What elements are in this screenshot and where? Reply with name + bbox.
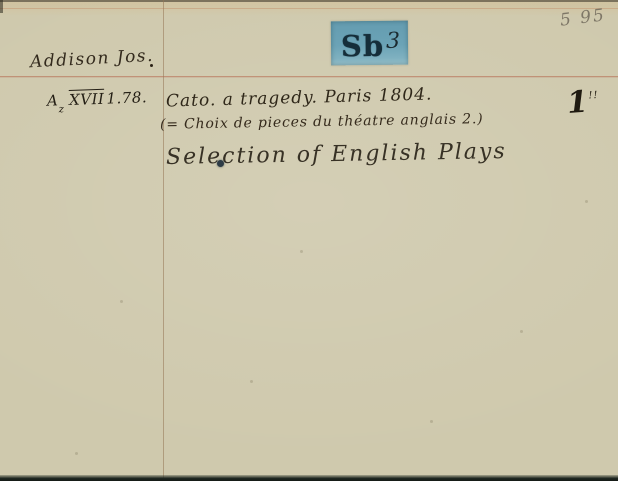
paper-speck <box>75 452 78 455</box>
shelfmark-roman: XVII <box>69 90 105 109</box>
copy-count-digit: 1 <box>566 85 589 121</box>
card-bottom-edge <box>0 475 618 481</box>
label-printed-code: Sb <box>341 32 385 61</box>
label-handwritten-number: 3 <box>386 31 400 53</box>
top-left-edge-shadow <box>0 0 3 13</box>
paper-speck <box>585 200 588 203</box>
shelfmark-prefix: A <box>47 91 59 109</box>
vertical-rule <box>163 0 164 481</box>
ink-dot <box>150 64 153 67</box>
author-heading: Addison Jos. <box>30 46 155 72</box>
paper-speck <box>250 380 253 383</box>
top-crease-line <box>0 8 618 9</box>
series-line: (= Choix de pieces du théatre anglais 2.… <box>160 111 484 133</box>
paper-speck <box>520 330 523 333</box>
paper-speck <box>430 420 433 423</box>
ink-blot <box>217 160 224 167</box>
paper-speck <box>120 300 123 303</box>
card-top-edge <box>0 0 618 2</box>
shelfmark-number: 1.78. <box>106 88 147 107</box>
shelfmark: AzXVII1.78. <box>47 88 148 112</box>
copy-count-mark: 1!! <box>566 84 599 121</box>
copy-count-superscript: !! <box>588 90 599 102</box>
horizontal-rule <box>0 76 618 77</box>
title-line: Cato. a tragedy. Paris 1804. <box>166 85 433 112</box>
classification-label: Sb 3 <box>331 21 408 66</box>
pencil-number: 5 95 <box>559 5 607 30</box>
catalog-card-scan: Sb 3 5 95 Addison Jos. AzXVII1.78. Cato.… <box>0 0 618 481</box>
paper-speck <box>300 250 303 253</box>
shelfmark-subscript: z <box>58 104 64 115</box>
